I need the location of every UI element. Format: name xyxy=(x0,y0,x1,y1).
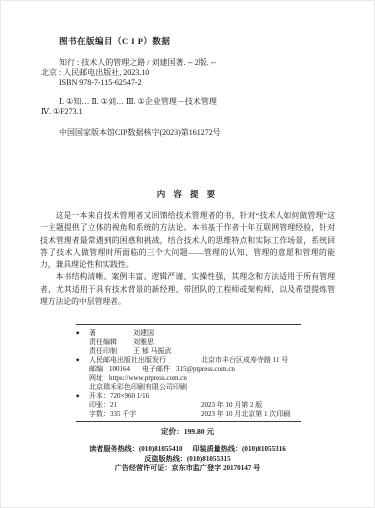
diamond-bullet-icon: ◆ xyxy=(76,329,89,338)
cip-header: 图书在版编目（C I P）数据 xyxy=(59,1,374,47)
words-label: 字数： xyxy=(89,410,110,419)
author-label: 著 xyxy=(89,329,133,338)
cip-record: 知行 : 技术人的管理之路 / 刘建国著. -- 2版. -- 北京 : 人民邮… xyxy=(1,58,374,88)
email-value: 315@ptpress.com.cn xyxy=(176,365,235,374)
website-label: 网址 xyxy=(89,374,103,383)
editor-name: 刘雅思 xyxy=(133,338,154,347)
reader-service-hotline: 读者服务热线：(010)81055410 xyxy=(89,445,182,453)
impression-value: 2023 年 10 月北京第 1 次印刷 xyxy=(201,410,290,419)
print-quality-hotline: 印装质量热线：(010)81055316 xyxy=(192,445,285,453)
cip-class-line: Ⅳ. ①F273.1 xyxy=(41,107,374,117)
cip-classification: Ⅰ. ①知… Ⅱ. ①刘… Ⅲ. ①企业管理－技术管理 Ⅳ. ①F273.1 xyxy=(1,97,374,117)
cip-class-line: Ⅰ. ①知… Ⅱ. ①刘… Ⅲ. ①企业管理－技术管理 xyxy=(59,97,374,107)
cip-record-line: 知行 : 技术人的管理之路 / 刘建国著. -- 2版. -- xyxy=(59,58,374,68)
divider-rule-bottom xyxy=(76,421,301,422)
words-value: 335 千字 xyxy=(110,410,136,419)
format-label: 开本： xyxy=(89,392,110,401)
printer-name: 北京瑞禾彩色印刷有限公司印刷 xyxy=(89,383,187,392)
website-value: https://www.ptpress.com.cn xyxy=(109,374,187,383)
publisher-address: 北京市丰台区成寿寺路 11 号 xyxy=(201,356,288,365)
publisher-name: 人民邮电出版社出版发行 xyxy=(89,356,201,365)
postcode-value: 100164 xyxy=(109,365,130,374)
isbn-line: ISBN 978-7-115-62547-2 xyxy=(59,78,374,88)
publisher-row: ◆ 人民邮电出版社出版发行 北京市丰台区成寿寺路 11 号 xyxy=(76,356,314,365)
printer-row: 北京瑞禾彩色印刷有限公司印刷 xyxy=(76,383,314,392)
print-supervisor-label: 责任印制 xyxy=(89,347,133,356)
sheets-value: 21 xyxy=(110,401,117,410)
edition-value: 2023 年 10 月第 2 版 xyxy=(201,401,262,410)
author-row: ◆ 著 刘建国 xyxy=(76,329,314,338)
editor-label: 责任编辑 xyxy=(89,338,133,347)
diamond-bullet-icon: ◆ xyxy=(76,392,89,401)
colophon: ◆ 著 刘建国 责任编辑 刘雅思 责任印制 王 郁 马振武 ◆ 人民邮电出版社出… xyxy=(76,329,314,418)
summary-paragraph: 这是一本来自技术管理者又回馈给技术管理者的书，针对“技术人如何做管理”这一主题提… xyxy=(40,210,335,271)
author-name: 刘建国 xyxy=(133,329,154,338)
cip-registry-number: 中国国家版本馆CIP数据核字(2023)第161272号 xyxy=(59,127,374,138)
sheets-edition-row: 印张： 21 2023 年 10 月第 2 版 xyxy=(76,401,314,410)
words-impression-row: 字数： 335 千字 2023 年 10 月北京第 1 次印刷 xyxy=(76,410,314,419)
cip-record-line: 北京 : 人民邮电出版社, 2023.10 xyxy=(41,68,374,78)
postcode-label: 邮编 xyxy=(89,365,103,374)
service-hotline-line: 读者服务热线：(010)81055410 印装质量热线：(010)8105531… xyxy=(1,445,374,454)
website-row: 网址 https://www.ptpress.com.cn xyxy=(76,374,314,383)
summary-title: 内 容 提 要 xyxy=(1,188,374,200)
copyright-page: 图书在版编目（C I P）数据 知行 : 技术人的管理之路 / 刘建国著. --… xyxy=(0,0,375,508)
divider-rule-top xyxy=(76,324,301,325)
summary-body: 这是一本来自技术管理者又回馈给技术管理者的书，针对“技术人如何做管理”这一主题提… xyxy=(40,210,335,308)
price-line: 定价：199.80 元 xyxy=(1,426,374,437)
print-supervisor-names: 王 郁 马振武 xyxy=(133,347,172,356)
print-supervisor-row: 责任印制 王 郁 马振武 xyxy=(76,347,314,356)
diamond-bullet-icon: ◆ xyxy=(76,356,89,365)
editor-row: 责任编辑 刘雅思 xyxy=(76,338,314,347)
postcode-email-row: 邮编 100164 电子邮件 315@ptpress.com.cn xyxy=(76,365,314,374)
hotlines-block: 读者服务热线：(010)81055410 印装质量热线：(010)8105531… xyxy=(1,445,374,473)
anti-piracy-hotline: 反盗版热线：(010)81055315 xyxy=(1,455,374,464)
sheets-label: 印张： xyxy=(89,401,110,410)
format-value: 720×960 1/16 xyxy=(110,392,149,401)
summary-paragraph: 本书结构清晰、案例丰富、逻辑严谨、实操性强，其理念和方法适用于所有管理者，尤其适… xyxy=(40,271,335,308)
ad-license-line: 广告经营许可证：京东市监广登字 20170147 号 xyxy=(1,464,374,473)
format-row: ◆ 开本： 720×960 1/16 xyxy=(76,392,314,401)
email-label: 电子邮件 xyxy=(142,365,170,374)
